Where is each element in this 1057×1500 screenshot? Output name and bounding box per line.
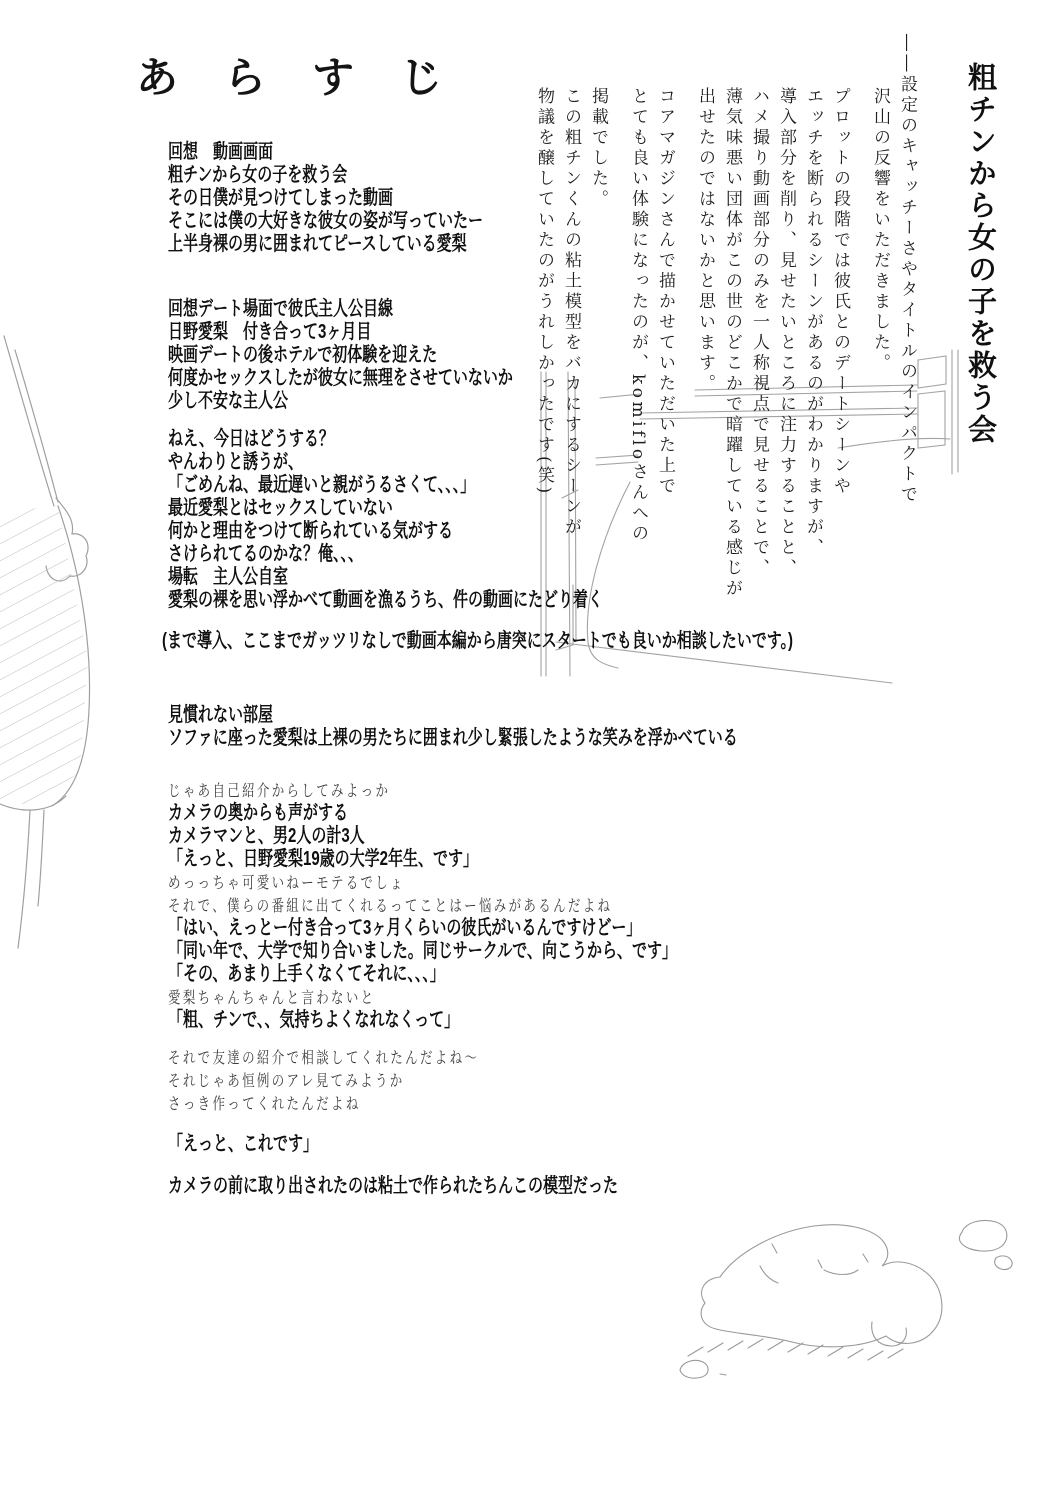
clay-model-sketch bbox=[680, 1220, 1012, 1378]
afterword-column: 物議を醸していたのがうれしかったです(笑) bbox=[530, 34, 557, 600]
script-line: 「粗、チンで、、気持ちよくなれなくって」 bbox=[168, 1009, 677, 1032]
afterword-column: 出せたのではないかと思います。 bbox=[691, 34, 718, 600]
host-lines-block: それで友達の紹介で相談してくれたんだよね～ それじゃあ恒例のアレ見てみようか さ… bbox=[168, 1046, 567, 1115]
script-line: カメラの奥からも声がする bbox=[168, 802, 677, 825]
afterword-column: プロットの段階では彼氏とのデートシーンや bbox=[826, 34, 853, 600]
afterword-column: コアマガジンさんで描かせていただいた上で bbox=[651, 34, 678, 600]
script-line: めっっちゃ可愛いねーモテるでしょ bbox=[168, 871, 697, 894]
afterword-column: 導入部分を削り、見せたいところに注力することと、 bbox=[772, 34, 799, 600]
script-line: 「えっと、これです」 bbox=[168, 1133, 318, 1156]
afterword-column: ハメ撮り動画部分のみを一人称視点で見せることで、 bbox=[745, 34, 772, 600]
storyboard-page: あらすじ 回想 動画画面 粗チンから女の子を救う会 その日僕が見つけてしまった動… bbox=[0, 0, 1057, 1500]
synopsis-line: 何度かセックスしたが彼女に無理をさせていないか bbox=[168, 367, 513, 390]
script-line: それで、僕らの番組に出てくれるってことはー悩みがあるんだよね bbox=[168, 894, 697, 917]
vertical-title: 粗チンから女の子を救う会 bbox=[959, 62, 1003, 446]
synopsis-room-scene: 見慣れない部屋 ソファに座った愛梨は上裸の男たちに囲まれ少し緊張したような笑みを… bbox=[168, 704, 928, 750]
script-line: それじゃあ恒例のアレ見てみようか bbox=[168, 1069, 479, 1092]
synopsis-line: 粗チンから女の子を救う会 bbox=[168, 164, 483, 187]
synopsis-line: 見慣れない部屋 bbox=[168, 704, 738, 727]
afterword-column: ――設定のキャッチーさやタイトルのインパクトで bbox=[893, 34, 920, 600]
afterword-column: 沢山の反響をいただきました。 bbox=[866, 34, 893, 600]
script-line: 「同い年で、大学で知り合いました。同じサークルで、向こうから、です」 bbox=[168, 940, 677, 963]
afterword-column: とても良い体験になったのが、komifloさんへの bbox=[624, 34, 651, 600]
figure-sketch bbox=[0, 336, 90, 948]
script-line: それで友達の紹介で相談してくれたんだよね～ bbox=[168, 1046, 479, 1069]
afterword-column: エッチを断られるシーンがあるのがわかりますが、 bbox=[799, 34, 826, 600]
script-block: じゃあ自己紹介からしてみよっか カメラの奥からも声がする カメラマンと、男2人の… bbox=[168, 779, 847, 1032]
synopsis-line: 上半身裸の男に囲まれてピースしている愛梨 bbox=[168, 233, 483, 256]
script-line: じゃあ自己紹介からしてみよっか bbox=[168, 779, 697, 802]
afterword-column: 薄気味悪い団体がこの世のどこかで暗躍している感じが bbox=[718, 34, 745, 600]
final-quote: 「えっと、これです」 bbox=[168, 1133, 368, 1156]
synopsis-line: その日僕が見つけてしまった動画 bbox=[168, 187, 483, 210]
author-note-line: (まで導入、ここまでガッツリなしで動画本編から唐突にスタートでも良いか相談したい… bbox=[162, 630, 793, 653]
script-line: さっき作ってくれたんだよね bbox=[168, 1092, 479, 1115]
synopsis-line: ソファに座った愛梨は上裸の男たちに囲まれ少し緊張したような笑みを浮かべている bbox=[168, 727, 738, 750]
script-line: 「えっと、日野愛梨19歳の大学2年生、です」 bbox=[168, 848, 677, 871]
synopsis-line: 日野愛梨 付き合って3ヶ月目 bbox=[168, 321, 513, 344]
script-line: 「はい、えっとー付き合って3ヶ月くらいの彼氏がいるんですけどー」 bbox=[168, 917, 677, 940]
synopsis-line: 回想 動画画面 bbox=[168, 141, 483, 164]
synopsis-line: 映画デートの後ホテルで初体験を迎えた bbox=[168, 344, 513, 367]
afterword-block: ――設定のキャッチーさやタイトルのインパクトで 沢山の反響をいただきました。 プ… bbox=[530, 34, 920, 600]
synopsis-line: 回想デート場面で彼氏主人公目線 bbox=[168, 298, 513, 321]
afterword-column: この粗チンくんの粘土模型をバカにするシーンが bbox=[557, 34, 584, 600]
script-line: 愛梨ちゃんちゃんと言わないと bbox=[168, 986, 697, 1009]
author-note: (まで導入、ここまでガッツリなしで動画本編から唐突にスタートでも良いか相談したい… bbox=[162, 630, 1003, 653]
synopsis-recall-video: 回想 動画画面 粗チンから女の子を救う会 その日僕が見つけてしまった動画 そこに… bbox=[168, 141, 588, 256]
synopsis-line: 少し不安な主人公 bbox=[168, 390, 513, 413]
afterword-column: 掲載でした。 bbox=[584, 34, 611, 600]
page-title: あらすじ bbox=[136, 48, 488, 108]
final-narration: カメラの前に取り出されたのは粘土で作られたちんこの模型だった bbox=[168, 1175, 768, 1198]
script-line: 「その、あまり上手くなくてそれに、、、」 bbox=[168, 963, 677, 986]
script-line: カメラマンと、男2人の計3人 bbox=[168, 825, 677, 848]
synopsis-line: そこには僕の大好きな彼女の姿が写っていたー bbox=[168, 210, 483, 233]
script-line: カメラの前に取り出されたのは粘土で作られたちんこの模型だった bbox=[168, 1175, 618, 1198]
